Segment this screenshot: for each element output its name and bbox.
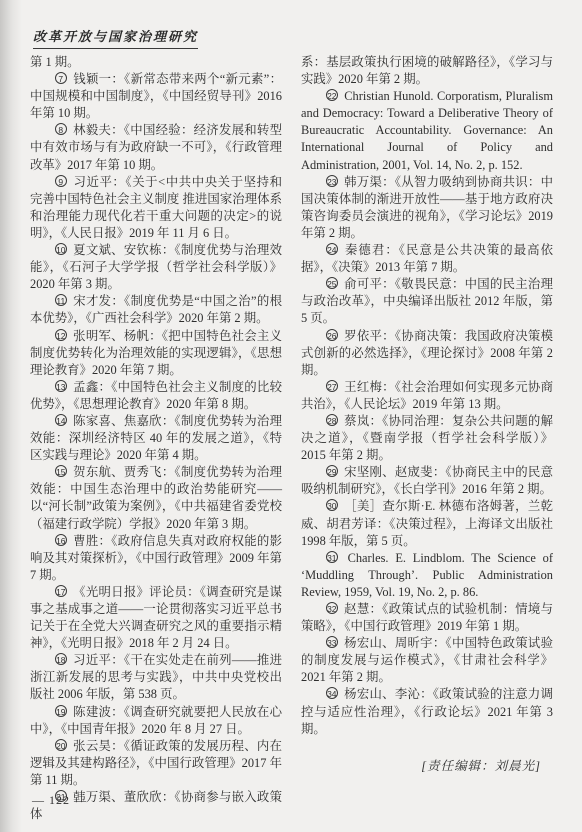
reference-item: 10 夏文斌、安钦栋：《制度优势与治理效能》，《石河子大学学报（哲学社会科学版）… [30, 242, 282, 293]
responsible-editor-note: [责任编辑：刘晨光] [301, 758, 553, 775]
reference-number: 10 [55, 243, 67, 255]
reference-number: 24 [326, 243, 338, 255]
reference-item: 26 罗依平：《协商决策：我国政府决策模式创新的必然选择》，《理论探讨》2008… [301, 328, 553, 379]
reference-item: 14 陈家喜、焦嘉欣：《制度优势转为治理效能：深圳经济特区 40 年的发展之道》… [30, 413, 282, 464]
carryover-text: 系：基层政策执行困境的破解路径》，《学习与实践》2020 年第 2 期。 [301, 54, 553, 88]
reference-number: 14 [55, 414, 67, 426]
reference-item: 12 张明军、杨帆：《把中国特色社会主义制度优势转化为治理效能的实现逻辑》，《思… [30, 328, 282, 379]
reference-item: 20 张云昊：《循证政策的发展历程、内在逻辑及其建构路径》，《中国行政管理》20… [30, 738, 282, 789]
reference-item: 13 孟鑫：《中国特色社会主义制度的比较优势》，《思想理论教育》2020 年第 … [30, 379, 282, 413]
reference-number: 15 [55, 465, 67, 477]
reference-item: 22 Christian Hunold. Corporatism, Plural… [301, 88, 553, 173]
reference-item: 11 宋才发：《制度优势是“中国之治”的根本优势》，《广西社会科学》2020 年… [30, 293, 282, 327]
reference-number: 33 [326, 636, 338, 648]
reference-item: 25 俞可平：《敬畏民意：中国的民主治理与政治改革》，中央编译出版社 2012 … [301, 276, 553, 327]
reference-number: 9 [55, 175, 67, 187]
right-column: 系：基层政策执行困境的破解路径》，《学习与实践》2020 年第 2 期。 22 … [301, 54, 553, 823]
reference-number: 7 [55, 72, 67, 84]
journal-page: 改革开放与国家治理研究 第 1 期。 7 钱颖一：《新常态带来两个“新元素”：中… [0, 0, 582, 832]
reference-item: 27 王红梅：《社会治理如何实现多元协商共治》，《人民论坛》2019 年第 13… [301, 379, 553, 413]
reference-number: 13 [55, 380, 67, 392]
reference-number: 34 [326, 687, 338, 699]
reference-number: 18 [55, 653, 67, 665]
reference-item: 33 杨宏山、周昕宇：《中国特色政策试验的制度发展与运作模式》，《甘肃社会科学》… [301, 635, 553, 686]
page-number: — 122 — [32, 793, 87, 808]
reference-item: 23 韩万渠：《从智力吸纳到协商共识：中国决策体制的渐进开放性——基于地方政府决… [301, 174, 553, 242]
reference-number: 8 [55, 123, 67, 135]
reference-number: 23 [326, 175, 338, 187]
reference-item: 15 贺东航、贾秀飞：《制度优势转为治理效能：中国生态治理中的政治势能研究——以… [30, 464, 282, 532]
reference-item: 34 杨宏山、李沁：《政策试验的注意力调控与适应性治理》，《行政论坛》2021 … [301, 686, 553, 737]
reference-number: 17 [55, 585, 67, 597]
reference-number: 11 [55, 294, 67, 306]
reference-item: 24 秦德君：《民意是公共决策的最高依据》，《决策》2013 年第 7 期。 [301, 242, 553, 276]
reference-number: 12 [55, 329, 67, 341]
reference-item: 7 钱颖一：《新常态带来两个“新元素”：中国规模和中国制度》，《中国经贸导刊》2… [30, 71, 282, 122]
reference-item: 16 曹胜：《政府信息失真对政府权能的影响及其对策探析》，《中国行政管理》200… [30, 533, 282, 584]
left-column: 第 1 期。 7 钱颖一：《新常态带来两个“新元素”：中国规模和中国制度》，《中… [30, 54, 282, 823]
reference-item: 32 赵慧：《政策试点的试验机制：情境与策略》，《中国行政管理》2019 年第 … [301, 601, 553, 635]
reference-number: 29 [326, 465, 338, 477]
two-column-body: 第 1 期。 7 钱颖一：《新常态带来两个“新元素”：中国规模和中国制度》，《中… [30, 54, 553, 823]
reference-item: 9 习近平：《关于<中共中央关于坚持和完善中国特色社会主义制度 推进国家治理体系… [30, 174, 282, 242]
reference-item: 8 林毅夫：《中国经验：经济发展和转型中有效市场与有为政府缺一不可》，《行政管理… [30, 122, 282, 173]
reference-number: 22 [326, 89, 338, 101]
reference-item: 30 ［美］查尔斯·E. 林德布洛姆著，兰乾威、胡君芳译：《决策过程》，上海译文… [301, 498, 553, 549]
reference-item: 18 习近平：《干在实处走在前列——推进浙江新发展的思考与实践》，中共中央党校出… [30, 652, 282, 703]
running-head-title: 改革开放与国家治理研究 [33, 26, 198, 49]
reference-item: 31 Charles. E. Lindblom. The Science of … [301, 550, 553, 601]
reference-number: 25 [326, 277, 338, 289]
reference-number: 16 [55, 534, 67, 546]
carryover-text: 第 1 期。 [30, 54, 282, 71]
scan-shadow-edge [0, 0, 22, 832]
reference-number: 20 [55, 739, 67, 751]
reference-number: 31 [326, 551, 338, 563]
reference-number: 32 [326, 602, 338, 614]
reference-number: 19 [55, 705, 67, 717]
reference-number: 26 [326, 329, 338, 341]
reference-item: 29 宋坚刚、赵宬斐：《协商民主中的民意吸纳机制研究》，《长白学刊》2016 年… [301, 464, 553, 498]
reference-number: 27 [326, 380, 338, 392]
reference-number: 30 [326, 499, 338, 511]
reference-item: 17 《光明日报》评论员：《调查研究是谋事之基成事之道——一论贯彻落实习近平总书… [30, 584, 282, 652]
reference-item: 19 陈建波：《调查研究就要把人民放在心中》，《中国青年报》2020 年 8 月… [30, 704, 282, 738]
reference-number: 28 [326, 414, 338, 426]
reference-item: 28 蔡岚：《协同治理：复杂公共问题的解决之道》，《暨南学报（哲学社会科学版）》… [301, 413, 553, 464]
